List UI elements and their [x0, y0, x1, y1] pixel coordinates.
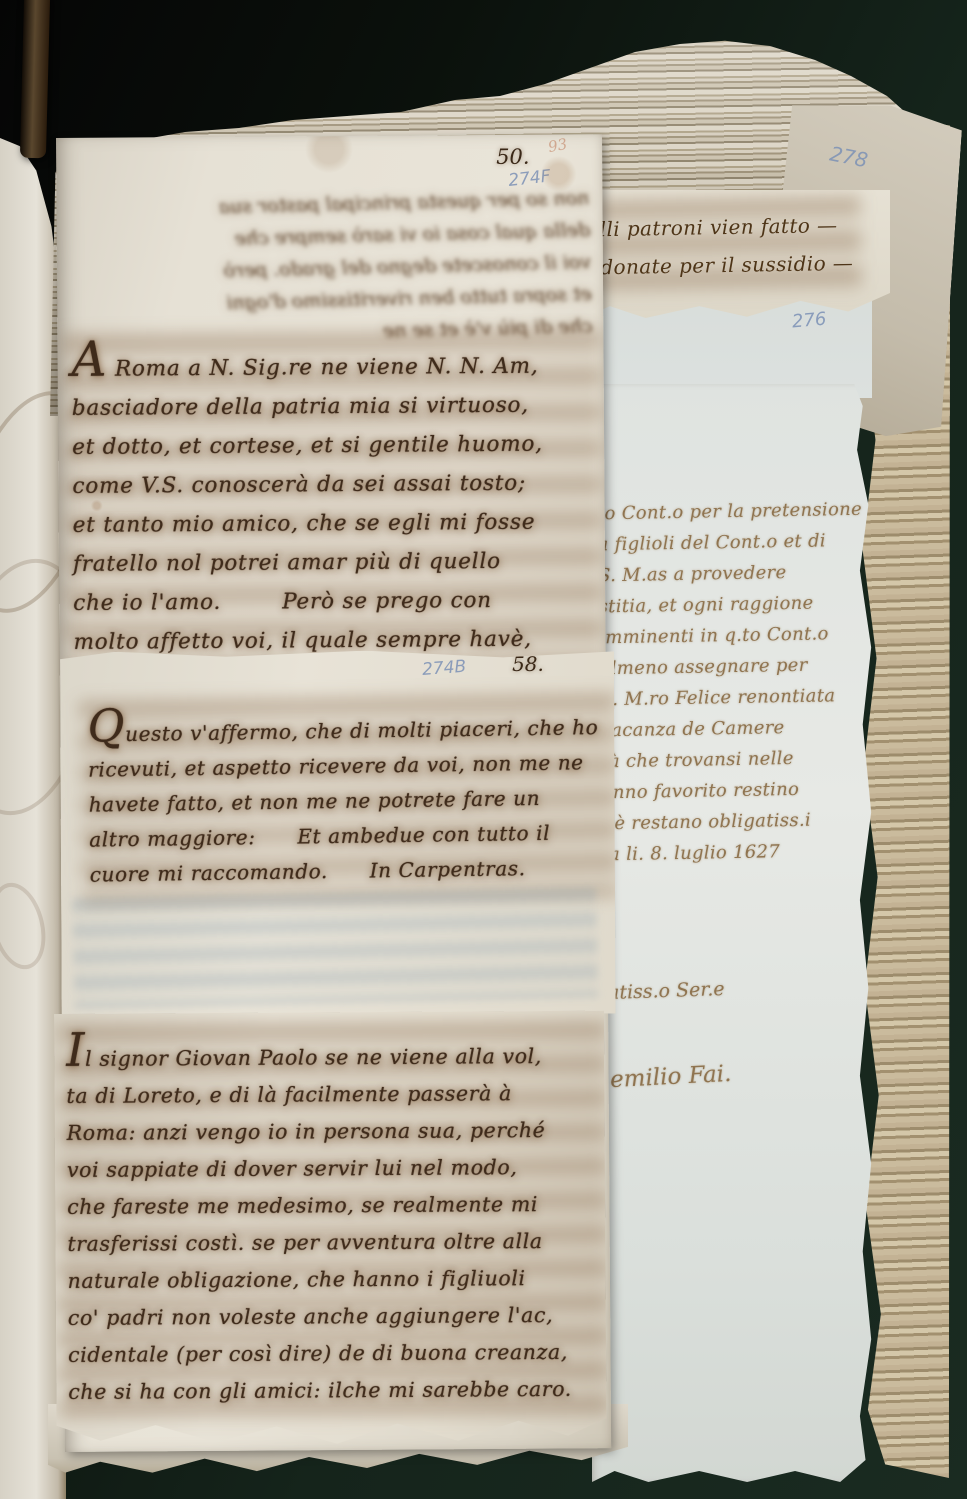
manuscript-line: tà che trovansi nelle: [601, 742, 871, 778]
manuscript-line: Roma: anzi vengo io in persona sua, perc…: [67, 1112, 599, 1152]
manuscript-photo: 278 276 to Cont.o per la pretensionea fi…: [0, 0, 967, 1499]
bleedthrough-text: non so per questa principal pastor suade…: [89, 182, 593, 346]
manuscript-line: S. M.as a provedere: [598, 556, 868, 592]
annotation-line: lli patroni vien fatto —: [599, 206, 852, 248]
annotation-text: lli patroni vien fatto —donate per il su…: [599, 206, 853, 286]
manuscript-line: A Roma a N. Sig.re ne viene N. N. Am,: [71, 340, 593, 389]
manuscript-line: nè restano obligatiss.i: [602, 804, 872, 840]
middle-letter-sheet: 274B 58. Questo v'affermo, che di molti …: [60, 650, 616, 1016]
right-letter-page: to Cont.o per la pretensionea figlioli d…: [592, 384, 874, 1482]
letter-closing: atiss.o Ser.e: [608, 978, 725, 1004]
manuscript-line: S. M.ro Felice renontiata: [600, 680, 870, 716]
manuscript-line: cidentale (per così dire) de di buona cr…: [68, 1334, 600, 1374]
bottom-letter-text: Il signor Giovan Paolo se ne viene alla …: [66, 1031, 600, 1411]
manuscript-line: Il signor Giovan Paolo se ne viene alla …: [66, 1031, 598, 1078]
manuscript-line: et dotto, et cortese, et si gentile huom…: [72, 424, 594, 467]
manuscript-line: stitia, et ogni raggione: [598, 587, 868, 623]
manuscript-line: almeno assegnare per: [599, 649, 869, 685]
folio-number-50: 50.: [496, 145, 530, 169]
manuscript-line: imminenti in q.to Cont.o: [599, 618, 869, 654]
ink-flourish: [0, 877, 54, 975]
folio-number-278: 278: [828, 141, 870, 172]
manuscript-line: fratello nol potrei amar più di quello: [73, 541, 595, 584]
manuscript-line: naturale obligazione, che hanno i figliu…: [68, 1260, 600, 1300]
letter-50-text: A Roma a N. Sig.re ne viene N. N. Am,bas…: [71, 340, 595, 701]
manuscript-line: vacanza de Camere: [601, 711, 871, 747]
annotation-slip: lli patroni vien fatto —donate per il su…: [592, 190, 890, 322]
manuscript-line: cuore mi raccomando. In Carpentras.: [89, 850, 609, 893]
book-board-edge: [20, 0, 50, 158]
ink-flourish: [0, 550, 66, 825]
manuscript-line: anno favorito restino: [602, 773, 872, 809]
manuscript-line: che io l'amo. Però se prego con: [73, 580, 595, 623]
folio-number-faint: 93: [547, 135, 569, 156]
manuscript-line: to Cont.o per la pretensione: [597, 494, 867, 530]
bleedthrough-faint: [72, 887, 598, 1008]
manuscript-line: voi sappiate di dover servir lui nel mod…: [67, 1149, 599, 1189]
right-letter-text: to Cont.o per la pretensionea figlioli d…: [597, 494, 873, 871]
manuscript-line: ia li. 8. luglio 1627: [603, 835, 873, 871]
shelfmark-274B: 274B: [421, 657, 466, 680]
manuscript-line: et tanto mio amico, che se egli mi fosse: [73, 502, 595, 545]
manuscript-line: basciadore della patria mia si virtuoso,: [72, 385, 594, 428]
manuscript-line: che si ha con gli amici: ilche mi sarebb…: [68, 1371, 600, 1411]
letter-58-text: Questo v'affermo, che di molti piaceri, …: [87, 703, 610, 893]
manuscript-line: ta di Loreto, e di là facilmente passerà…: [66, 1075, 598, 1115]
annotation-line: donate per il sussidio —: [600, 244, 853, 286]
manuscript-line: co' padri non voleste anche aggiungere l…: [68, 1297, 600, 1337]
folio-number-276: 276: [791, 309, 827, 333]
manuscript-line: che fareste me medesimo, se realmente mi: [67, 1186, 599, 1226]
bottom-letter-sheet: Il signor Giovan Paolo se ne viene alla …: [54, 1011, 607, 1452]
letter-signature: emilio Fai.: [609, 1061, 732, 1093]
manuscript-line: a figlioli del Cont.o et di: [597, 525, 867, 561]
manuscript-line: come V.S. conoscerà da sei assai tosto;: [72, 463, 594, 506]
manuscript-line: trasferissi costì. se per avventura oltr…: [67, 1223, 599, 1263]
